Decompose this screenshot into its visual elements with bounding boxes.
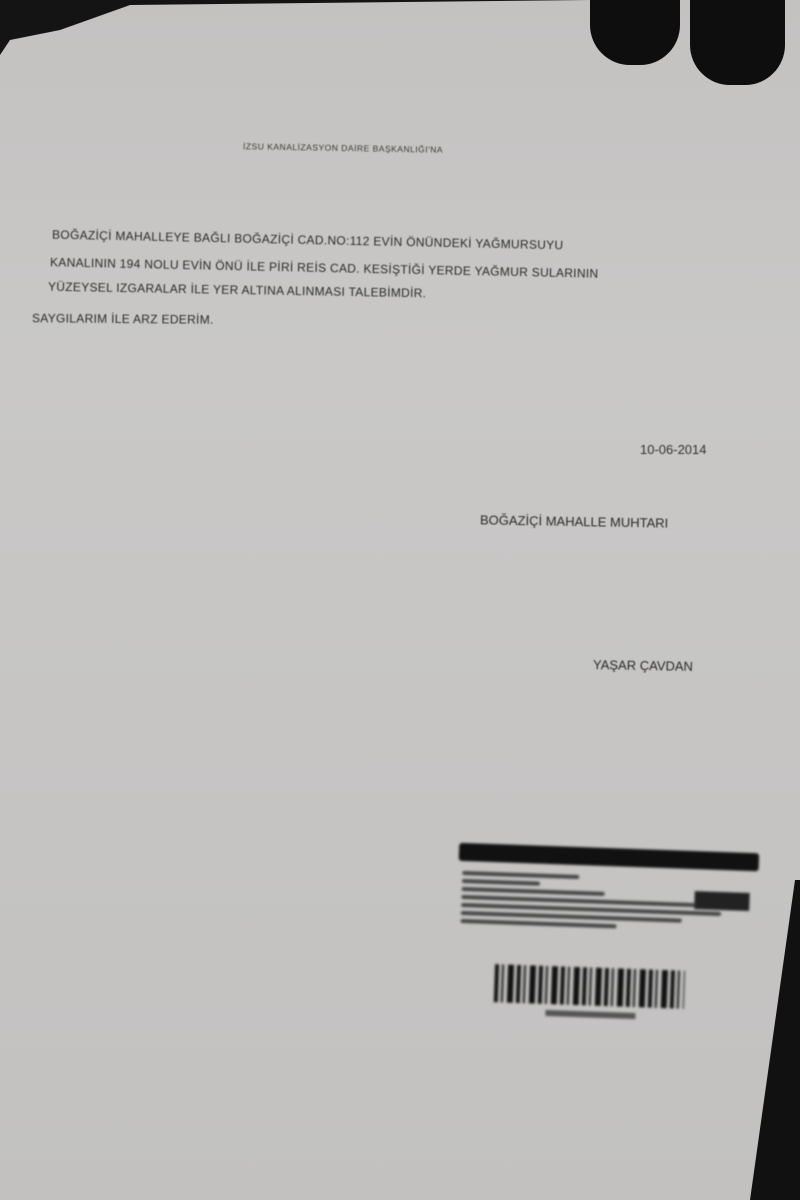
- barcode: [494, 964, 685, 1009]
- document-date: 10-06-2014: [640, 442, 707, 457]
- sender-name: YAŞAR ÇAVDAN: [593, 657, 693, 674]
- registry-stamp: [445, 841, 766, 1042]
- closing-line: SAYGILARIM İLE ARZ EDERİM.: [32, 311, 214, 327]
- stamp-text-lines: [460, 867, 722, 936]
- finger-holding-paper: [690, 0, 785, 85]
- barcode-number: [545, 1010, 635, 1019]
